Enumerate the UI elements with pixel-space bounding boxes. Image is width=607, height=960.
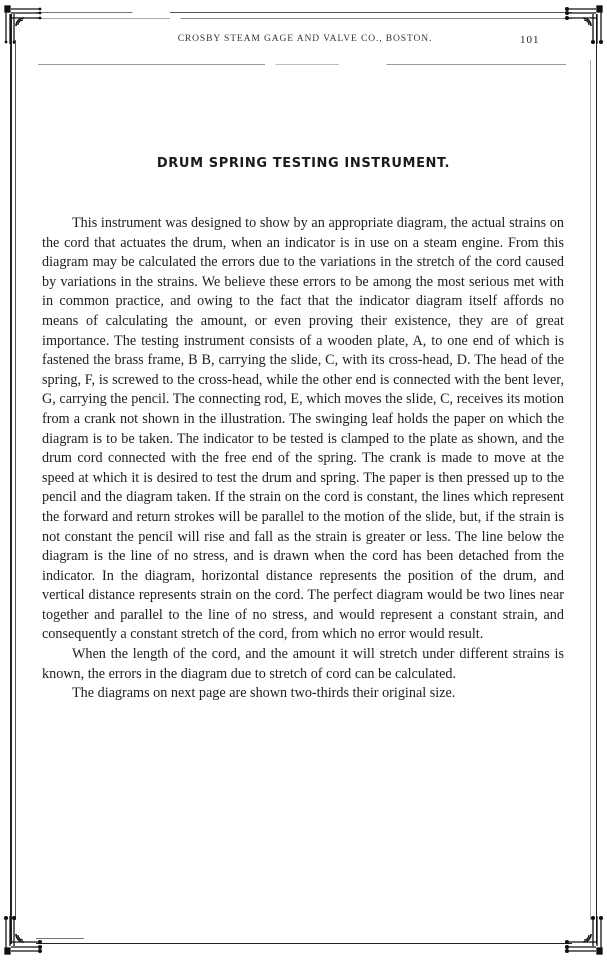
frame-left-outer-rule	[10, 14, 12, 944]
corner-ornament-bottom-left-icon	[0, 900, 60, 960]
paragraph: When the length of the cord, and the amo…	[42, 645, 564, 684]
section-title: DRUM SPRING TESTING INSTRUMENT.	[0, 156, 607, 171]
frame-right-outer-rule	[596, 14, 597, 944]
body-text: This instrument was designed to show by …	[42, 214, 564, 704]
frame-top-rule-2	[36, 18, 572, 19]
running-title: CROSBY STEAM GAGE AND VALVE CO., BOSTON.	[150, 34, 460, 44]
paragraph: The diagrams on next page are shown two-…	[42, 684, 564, 704]
frame-left-inner-rule	[15, 40, 16, 920]
paragraph: This instrument was designed to show by …	[42, 214, 564, 645]
frame-bottom-rule	[36, 943, 572, 944]
frame-top-rule	[36, 12, 572, 13]
frame-right-inner-rule	[590, 60, 591, 920]
corner-ornament-top-left-icon	[0, 0, 60, 60]
running-head: CROSBY STEAM GAGE AND VALVE CO., BOSTON.…	[0, 34, 607, 50]
corner-ornament-bottom-right-icon	[547, 900, 607, 960]
corner-ornament-top-right-icon	[547, 0, 607, 60]
header-rule-divider	[38, 64, 566, 65]
page-number: 101	[520, 34, 540, 46]
